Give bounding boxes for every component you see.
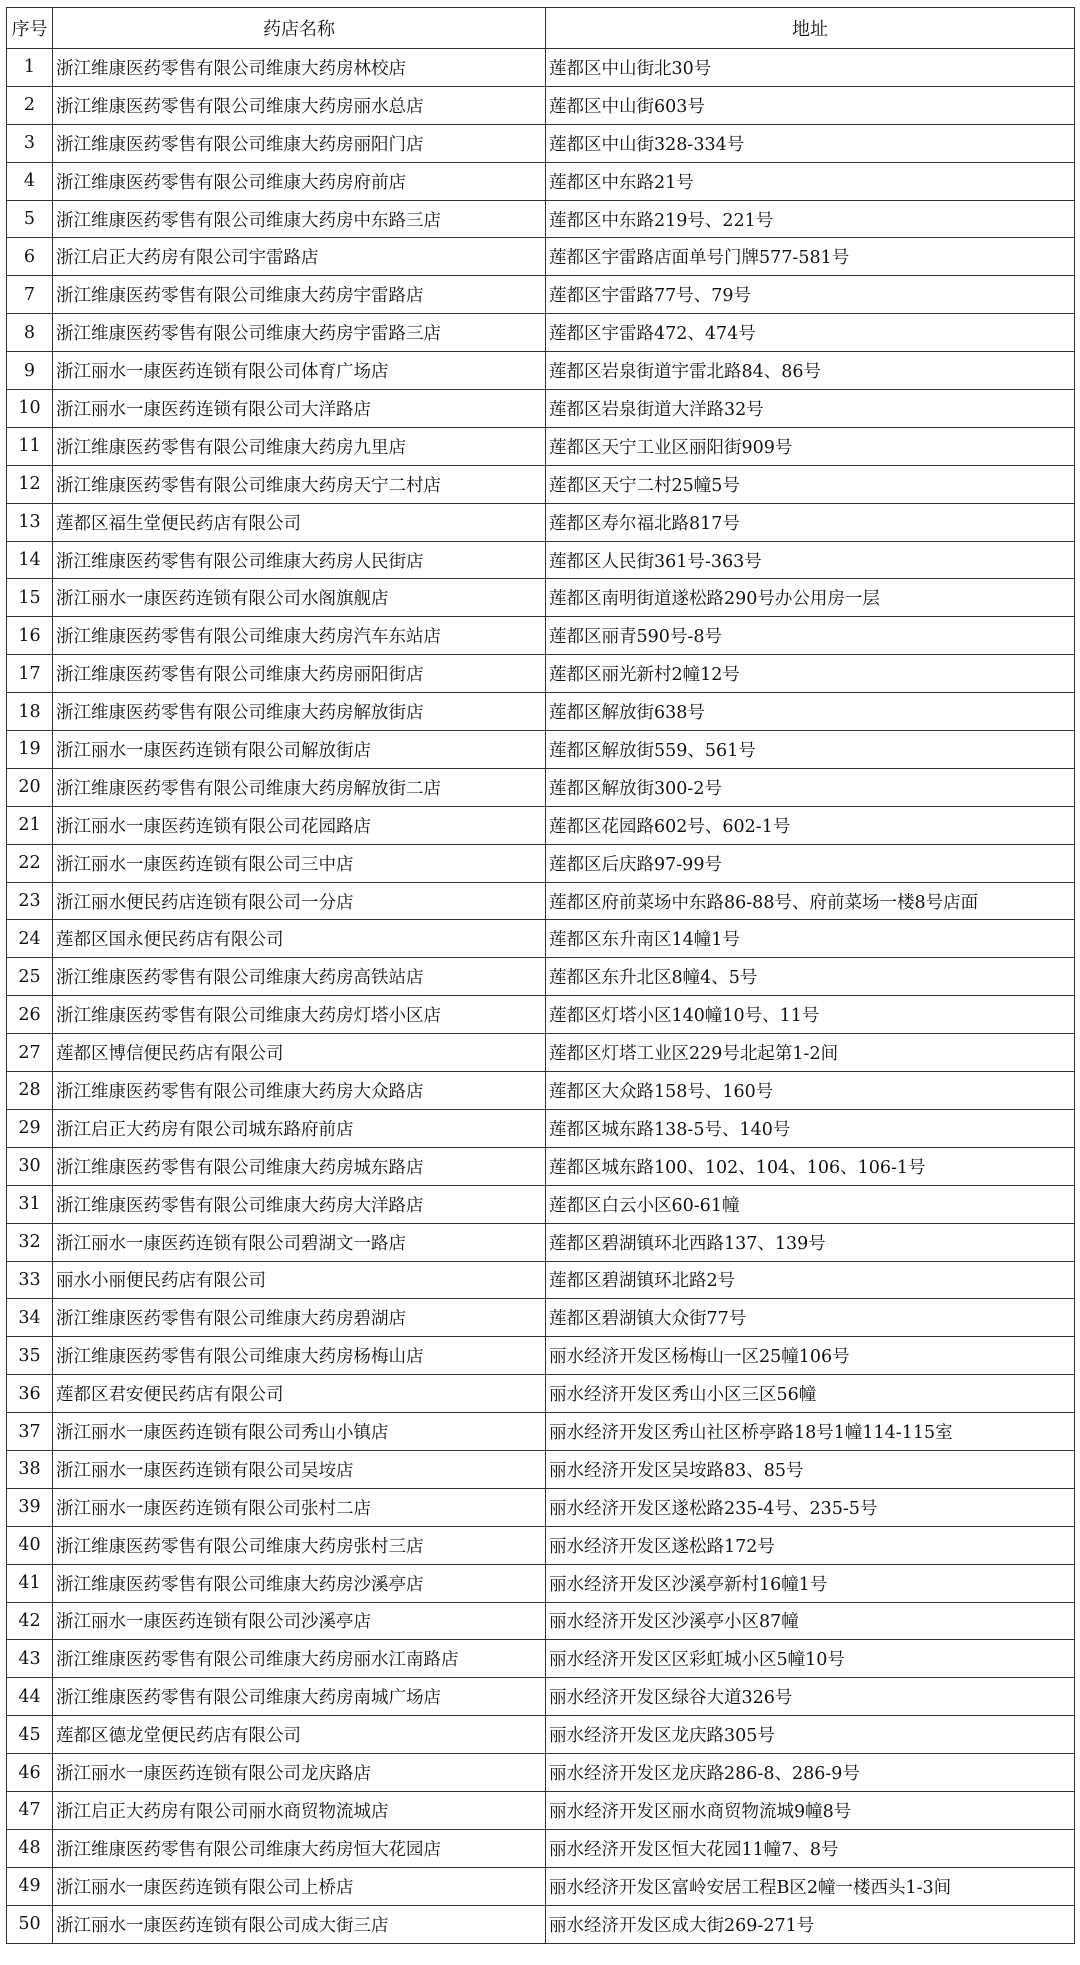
address-cell: 莲都区丽青590号-8号 (546, 617, 1075, 655)
table-row: 7浙江维康医药零售有限公司维康大药房宇雷路店莲都区宇雷路77号、79号 (7, 276, 1075, 314)
address-cell: 莲都区城东路100、102、104、106、106-1号 (546, 1147, 1075, 1185)
serial-number-cell: 4 (7, 162, 53, 200)
serial-number-cell: 12 (7, 465, 53, 503)
pharmacy-name-cell: 浙江丽水一康医药连锁有限公司成大街三店 (53, 1905, 546, 1943)
pharmacy-name-cell: 浙江维康医药零售有限公司维康大药房中东路三店 (53, 200, 546, 238)
serial-number-cell: 22 (7, 844, 53, 882)
address-cell: 莲都区东升北区8幢4、5号 (546, 958, 1075, 996)
pharmacy-name-cell: 浙江丽水一康医药连锁有限公司碧湖文一路店 (53, 1223, 546, 1261)
table-body: 1浙江维康医药零售有限公司维康大药房林校店莲都区中山街北30号2浙江维康医药零售… (7, 49, 1075, 1944)
serial-number-cell: 26 (7, 996, 53, 1034)
address-cell: 丽水经济开发区沙溪亭小区87幢 (546, 1602, 1075, 1640)
serial-number-cell: 48 (7, 1829, 53, 1867)
serial-number-cell: 39 (7, 1488, 53, 1526)
address-cell: 莲都区解放街559、561号 (546, 731, 1075, 769)
table-row: 49浙江丽水一康医药连锁有限公司上桥店丽水经济开发区富岭安居工程B区2幢一楼西头… (7, 1867, 1075, 1905)
serial-number-cell: 36 (7, 1375, 53, 1413)
address-cell: 莲都区岩泉街道大洋路32号 (546, 390, 1075, 428)
table-row: 12浙江维康医药零售有限公司维康大药房天宁二村店莲都区天宁二村25幢5号 (7, 465, 1075, 503)
pharmacy-name-cell: 莲都区君安便民药店有限公司 (53, 1375, 546, 1413)
serial-number-cell: 17 (7, 655, 53, 693)
pharmacy-name-cell: 浙江维康医药零售有限公司维康大药房林校店 (53, 49, 546, 87)
table-row: 40浙江维康医药零售有限公司维康大药房张村三店丽水经济开发区遂松路172号 (7, 1526, 1075, 1564)
table-row: 26浙江维康医药零售有限公司维康大药房灯塔小区店莲都区灯塔小区140幢10号、1… (7, 996, 1075, 1034)
serial-number-cell: 50 (7, 1905, 53, 1943)
pharmacy-name-cell: 浙江维康医药零售有限公司维康大药房丽阳街店 (53, 655, 546, 693)
serial-number-cell: 13 (7, 503, 53, 541)
table-row: 13莲都区福生堂便民药店有限公司莲都区寿尔福北路817号 (7, 503, 1075, 541)
pharmacy-name-cell: 浙江丽水一康医药连锁有限公司大洋路店 (53, 390, 546, 428)
address-cell: 莲都区南明街道遂松路290号办公用房一层 (546, 579, 1075, 617)
serial-number-cell: 41 (7, 1564, 53, 1602)
address-cell: 莲都区宇雷路472、474号 (546, 314, 1075, 352)
pharmacy-name-cell: 浙江维康医药零售有限公司维康大药房九里店 (53, 427, 546, 465)
serial-number-cell: 47 (7, 1791, 53, 1829)
serial-number-cell: 7 (7, 276, 53, 314)
address-cell: 莲都区花园路602号、602-1号 (546, 806, 1075, 844)
serial-number-cell: 32 (7, 1223, 53, 1261)
pharmacy-name-cell: 莲都区福生堂便民药店有限公司 (53, 503, 546, 541)
serial-number-cell: 6 (7, 238, 53, 276)
pharmacy-name-cell: 莲都区国永便民药店有限公司 (53, 920, 546, 958)
table-row: 30浙江维康医药零售有限公司维康大药房城东路店莲都区城东路100、102、104… (7, 1147, 1075, 1185)
table-row: 17浙江维康医药零售有限公司维康大药房丽阳街店莲都区丽光新村2幢12号 (7, 655, 1075, 693)
table-row: 8浙江维康医药零售有限公司维康大药房宇雷路三店莲都区宇雷路472、474号 (7, 314, 1075, 352)
address-cell: 丽水经济开发区遂松路172号 (546, 1526, 1075, 1564)
table-row: 42浙江丽水一康医药连锁有限公司沙溪亭店丽水经济开发区沙溪亭小区87幢 (7, 1602, 1075, 1640)
address-cell: 丽水经济开发区区彩虹城小区5幢10号 (546, 1640, 1075, 1678)
address-cell: 丽水经济开发区成大街269-271号 (546, 1905, 1075, 1943)
address-cell: 莲都区中东路219号、221号 (546, 200, 1075, 238)
table-row: 39浙江丽水一康医药连锁有限公司张村二店丽水经济开发区遂松路235-4号、235… (7, 1488, 1075, 1526)
address-cell: 莲都区寿尔福北路817号 (546, 503, 1075, 541)
serial-number-cell: 40 (7, 1526, 53, 1564)
table-row: 4浙江维康医药零售有限公司维康大药房府前店莲都区中东路21号 (7, 162, 1075, 200)
serial-number-cell: 18 (7, 693, 53, 731)
address-cell: 莲都区灯塔小区140幢10号、11号 (546, 996, 1075, 1034)
address-cell: 莲都区人民街361号-363号 (546, 541, 1075, 579)
serial-number-cell: 29 (7, 1109, 53, 1147)
address-cell: 丽水经济开发区龙庆路305号 (546, 1716, 1075, 1754)
address-cell: 莲都区宇雷路77号、79号 (546, 276, 1075, 314)
pharmacy-name-cell: 浙江丽水便民药店连锁有限公司一分店 (53, 882, 546, 920)
table-row: 19浙江丽水一康医药连锁有限公司解放街店莲都区解放街559、561号 (7, 731, 1075, 769)
serial-number-cell: 30 (7, 1147, 53, 1185)
serial-number-cell: 1 (7, 49, 53, 87)
table-row: 27莲都区博信便民药店有限公司莲都区灯塔工业区229号北起第1-2间 (7, 1034, 1075, 1072)
table-row: 20浙江维康医药零售有限公司维康大药房解放街二店莲都区解放街300-2号 (7, 768, 1075, 806)
table-row: 38浙江丽水一康医药连锁有限公司吴垵店丽水经济开发区吴垵路83、85号 (7, 1450, 1075, 1488)
table-row: 15浙江丽水一康医药连锁有限公司水阁旗舰店莲都区南明街道遂松路290号办公用房一… (7, 579, 1075, 617)
address-cell: 丽水经济开发区吴垵路83、85号 (546, 1450, 1075, 1488)
pharmacy-name-cell: 浙江启正大药房有限公司宇雷路店 (53, 238, 546, 276)
serial-number-cell: 23 (7, 882, 53, 920)
serial-number-cell: 3 (7, 124, 53, 162)
address-cell: 丽水经济开发区恒大花园11幢7、8号 (546, 1829, 1075, 1867)
address-cell: 莲都区大众路158号、160号 (546, 1072, 1075, 1110)
pharmacy-name-cell: 浙江维康医药零售有限公司维康大药房宇雷路店 (53, 276, 546, 314)
address-cell: 丽水经济开发区遂松路235-4号、235-5号 (546, 1488, 1075, 1526)
pharmacy-name-cell: 浙江维康医药零售有限公司维康大药房丽阳门店 (53, 124, 546, 162)
pharmacy-name-cell: 浙江维康医药零售有限公司维康大药房府前店 (53, 162, 546, 200)
table-row: 45莲都区德龙堂便民药店有限公司丽水经济开发区龙庆路305号 (7, 1716, 1075, 1754)
pharmacy-name-cell: 浙江丽水一康医药连锁有限公司解放街店 (53, 731, 546, 769)
serial-number-cell: 25 (7, 958, 53, 996)
pharmacy-name-cell: 浙江丽水一康医药连锁有限公司上桥店 (53, 1867, 546, 1905)
pharmacy-name-cell: 浙江维康医药零售有限公司维康大药房解放街二店 (53, 768, 546, 806)
table-header-row: 序号 药店名称 地址 (7, 8, 1075, 49)
address-cell: 丽水经济开发区秀山社区桥亭路18号1幢114-115室 (546, 1413, 1075, 1451)
address-cell: 丽水经济开发区丽水商贸物流城9幢8号 (546, 1791, 1075, 1829)
address-cell: 莲都区碧湖镇环北西路137、139号 (546, 1223, 1075, 1261)
serial-number-cell: 35 (7, 1337, 53, 1375)
address-cell: 莲都区岩泉街道宇雷北路84、86号 (546, 352, 1075, 390)
pharmacy-name-cell: 浙江丽水一康医药连锁有限公司三中店 (53, 844, 546, 882)
table-row: 46浙江丽水一康医药连锁有限公司龙庆路店丽水经济开发区龙庆路286-8、286-… (7, 1754, 1075, 1792)
pharmacy-table-container: 序号 药店名称 地址 1浙江维康医药零售有限公司维康大药房林校店莲都区中山街北3… (6, 7, 1074, 1944)
pharmacy-name-cell: 浙江丽水一康医药连锁有限公司秀山小镇店 (53, 1413, 546, 1451)
table-row: 10浙江丽水一康医药连锁有限公司大洋路店莲都区岩泉街道大洋路32号 (7, 390, 1075, 428)
pharmacy-name-cell: 浙江维康医药零售有限公司维康大药房丽水江南路店 (53, 1640, 546, 1678)
pharmacy-name-cell: 浙江维康医药零售有限公司维康大药房丽水总店 (53, 86, 546, 124)
serial-number-cell: 9 (7, 352, 53, 390)
address-cell: 莲都区后庆路97-99号 (546, 844, 1075, 882)
serial-number-cell: 19 (7, 731, 53, 769)
serial-number-cell: 37 (7, 1413, 53, 1451)
pharmacy-name-cell: 浙江维康医药零售有限公司维康大药房城东路店 (53, 1147, 546, 1185)
table-row: 2浙江维康医药零售有限公司维康大药房丽水总店莲都区中山街603号 (7, 86, 1075, 124)
serial-number-cell: 42 (7, 1602, 53, 1640)
pharmacy-name-cell: 浙江维康医药零售有限公司维康大药房灯塔小区店 (53, 996, 546, 1034)
table-row: 23浙江丽水便民药店连锁有限公司一分店莲都区府前菜场中东路86-88号、府前菜场… (7, 882, 1075, 920)
serial-number-cell: 10 (7, 390, 53, 428)
address-cell: 莲都区中东路21号 (546, 162, 1075, 200)
address-cell: 莲都区天宁二村25幢5号 (546, 465, 1075, 503)
pharmacy-name-cell: 浙江维康医药零售有限公司维康大药房沙溪亭店 (53, 1564, 546, 1602)
table-row: 43浙江维康医药零售有限公司维康大药房丽水江南路店丽水经济开发区区彩虹城小区5幢… (7, 1640, 1075, 1678)
table-row: 37浙江丽水一康医药连锁有限公司秀山小镇店丽水经济开发区秀山社区桥亭路18号1幢… (7, 1413, 1075, 1451)
serial-number-cell: 24 (7, 920, 53, 958)
table-row: 29浙江启正大药房有限公司城东路府前店莲都区城东路138-5号、140号 (7, 1109, 1075, 1147)
address-cell: 莲都区丽光新村2幢12号 (546, 655, 1075, 693)
address-cell: 丽水经济开发区秀山小区三区56幢 (546, 1375, 1075, 1413)
table-row: 44浙江维康医药零售有限公司维康大药房南城广场店丽水经济开发区绿谷大道326号 (7, 1678, 1075, 1716)
pharmacy-name-cell: 浙江启正大药房有限公司城东路府前店 (53, 1109, 546, 1147)
table-row: 35浙江维康医药零售有限公司维康大药房杨梅山店丽水经济开发区杨梅山一区25幢10… (7, 1337, 1075, 1375)
address-cell: 莲都区府前菜场中东路86-88号、府前菜场一楼8号店面 (546, 882, 1075, 920)
table-row: 9浙江丽水一康医药连锁有限公司体育广场店莲都区岩泉街道宇雷北路84、86号 (7, 352, 1075, 390)
address-cell: 莲都区宇雷路店面单号门牌577-581号 (546, 238, 1075, 276)
serial-number-cell: 34 (7, 1299, 53, 1337)
table-row: 24莲都区国永便民药店有限公司莲都区东升南区14幢1号 (7, 920, 1075, 958)
address-cell: 莲都区天宁工业区丽阳街909号 (546, 427, 1075, 465)
table-row: 50浙江丽水一康医药连锁有限公司成大街三店丽水经济开发区成大街269-271号 (7, 1905, 1075, 1943)
address-cell: 莲都区解放街300-2号 (546, 768, 1075, 806)
address-cell: 莲都区东升南区14幢1号 (546, 920, 1075, 958)
table-row: 36莲都区君安便民药店有限公司丽水经济开发区秀山小区三区56幢 (7, 1375, 1075, 1413)
table-row: 28浙江维康医药零售有限公司维康大药房大众路店莲都区大众路158号、160号 (7, 1072, 1075, 1110)
table-row: 48浙江维康医药零售有限公司维康大药房恒大花园店丽水经济开发区恒大花园11幢7、… (7, 1829, 1075, 1867)
pharmacy-name-cell: 浙江维康医药零售有限公司维康大药房汽车东站店 (53, 617, 546, 655)
table-row: 11浙江维康医药零售有限公司维康大药房九里店莲都区天宁工业区丽阳街909号 (7, 427, 1075, 465)
pharmacy-name-cell: 浙江维康医药零售有限公司维康大药房恒大花园店 (53, 1829, 546, 1867)
serial-number-cell: 14 (7, 541, 53, 579)
serial-number-cell: 43 (7, 1640, 53, 1678)
address-cell: 莲都区灯塔工业区229号北起第1-2间 (546, 1034, 1075, 1072)
address-cell: 莲都区解放街638号 (546, 693, 1075, 731)
serial-number-cell: 11 (7, 427, 53, 465)
pharmacy-name-cell: 莲都区博信便民药店有限公司 (53, 1034, 546, 1072)
address-cell: 莲都区白云小区60-61幢 (546, 1185, 1075, 1223)
table-row: 47浙江启正大药房有限公司丽水商贸物流城店丽水经济开发区丽水商贸物流城9幢8号 (7, 1791, 1075, 1829)
serial-number-cell: 5 (7, 200, 53, 238)
table-row: 14浙江维康医药零售有限公司维康大药房人民街店莲都区人民街361号-363号 (7, 541, 1075, 579)
address-cell: 丽水经济开发区绿谷大道326号 (546, 1678, 1075, 1716)
pharmacy-name-cell: 浙江维康医药零售有限公司维康大药房杨梅山店 (53, 1337, 546, 1375)
pharmacy-name-cell: 浙江维康医药零售有限公司维康大药房高铁站店 (53, 958, 546, 996)
address-cell: 莲都区中山街328-334号 (546, 124, 1075, 162)
address-cell: 丽水经济开发区沙溪亭新村16幢1号 (546, 1564, 1075, 1602)
address-cell: 莲都区碧湖镇环北路2号 (546, 1261, 1075, 1299)
serial-number-cell: 49 (7, 1867, 53, 1905)
pharmacy-name-cell: 浙江维康医药零售有限公司维康大药房人民街店 (53, 541, 546, 579)
table-row: 6浙江启正大药房有限公司宇雷路店莲都区宇雷路店面单号门牌577-581号 (7, 238, 1075, 276)
pharmacy-name-cell: 浙江丽水一康医药连锁有限公司水阁旗舰店 (53, 579, 546, 617)
table-row: 41浙江维康医药零售有限公司维康大药房沙溪亭店丽水经济开发区沙溪亭新村16幢1号 (7, 1564, 1075, 1602)
address-cell: 莲都区中山街北30号 (546, 49, 1075, 87)
serial-number-cell: 20 (7, 768, 53, 806)
table-row: 21浙江丽水一康医药连锁有限公司花园路店莲都区花园路602号、602-1号 (7, 806, 1075, 844)
table-row: 25浙江维康医药零售有限公司维康大药房高铁站店莲都区东升北区8幢4、5号 (7, 958, 1075, 996)
pharmacy-name-cell: 浙江启正大药房有限公司丽水商贸物流城店 (53, 1791, 546, 1829)
address-cell: 莲都区碧湖镇大众街77号 (546, 1299, 1075, 1337)
table-row: 34浙江维康医药零售有限公司维康大药房碧湖店莲都区碧湖镇大众街77号 (7, 1299, 1075, 1337)
pharmacy-name-cell: 浙江维康医药零售有限公司维康大药房宇雷路三店 (53, 314, 546, 352)
pharmacy-table: 序号 药店名称 地址 1浙江维康医药零售有限公司维康大药房林校店莲都区中山街北3… (6, 7, 1075, 1944)
pharmacy-name-cell: 浙江丽水一康医药连锁有限公司吴垵店 (53, 1450, 546, 1488)
serial-number-cell: 38 (7, 1450, 53, 1488)
pharmacy-name-cell: 莲都区德龙堂便民药店有限公司 (53, 1716, 546, 1754)
serial-number-cell: 16 (7, 617, 53, 655)
table-row: 5浙江维康医药零售有限公司维康大药房中东路三店莲都区中东路219号、221号 (7, 200, 1075, 238)
table-row: 16浙江维康医药零售有限公司维康大药房汽车东站店莲都区丽青590号-8号 (7, 617, 1075, 655)
address-cell: 莲都区城东路138-5号、140号 (546, 1109, 1075, 1147)
table-row: 22浙江丽水一康医药连锁有限公司三中店莲都区后庆路97-99号 (7, 844, 1075, 882)
pharmacy-name-cell: 浙江维康医药零售有限公司维康大药房大众路店 (53, 1072, 546, 1110)
pharmacy-name-cell: 丽水小丽便民药店有限公司 (53, 1261, 546, 1299)
pharmacy-name-cell: 浙江丽水一康医药连锁有限公司沙溪亭店 (53, 1602, 546, 1640)
table-row: 31浙江维康医药零售有限公司维康大药房大洋路店莲都区白云小区60-61幢 (7, 1185, 1075, 1223)
serial-number-cell: 21 (7, 806, 53, 844)
pharmacy-name-cell: 浙江维康医药零售有限公司维康大药房天宁二村店 (53, 465, 546, 503)
address-cell: 丽水经济开发区富岭安居工程B区2幢一楼西头1-3间 (546, 1867, 1075, 1905)
serial-number-cell: 27 (7, 1034, 53, 1072)
serial-number-cell: 33 (7, 1261, 53, 1299)
table-row: 18浙江维康医药零售有限公司维康大药房解放街店莲都区解放街638号 (7, 693, 1075, 731)
address-cell: 丽水经济开发区龙庆路286-8、286-9号 (546, 1754, 1075, 1792)
table-row: 3浙江维康医药零售有限公司维康大药房丽阳门店莲都区中山街328-334号 (7, 124, 1075, 162)
serial-number-cell: 44 (7, 1678, 53, 1716)
serial-number-cell: 46 (7, 1754, 53, 1792)
pharmacy-name-cell: 浙江丽水一康医药连锁有限公司龙庆路店 (53, 1754, 546, 1792)
table-row: 33丽水小丽便民药店有限公司莲都区碧湖镇环北路2号 (7, 1261, 1075, 1299)
serial-number-cell: 15 (7, 579, 53, 617)
pharmacy-name-cell: 浙江丽水一康医药连锁有限公司体育广场店 (53, 352, 546, 390)
address-cell: 莲都区中山街603号 (546, 86, 1075, 124)
pharmacy-name-cell: 浙江丽水一康医药连锁有限公司花园路店 (53, 806, 546, 844)
pharmacy-name-cell: 浙江维康医药零售有限公司维康大药房南城广场店 (53, 1678, 546, 1716)
serial-number-cell: 45 (7, 1716, 53, 1754)
pharmacy-name-cell: 浙江维康医药零售有限公司维康大药房张村三店 (53, 1526, 546, 1564)
pharmacy-name-cell: 浙江维康医药零售有限公司维康大药房大洋路店 (53, 1185, 546, 1223)
table-row: 32浙江丽水一康医药连锁有限公司碧湖文一路店莲都区碧湖镇环北西路137、139号 (7, 1223, 1075, 1261)
pharmacy-name-cell: 浙江维康医药零售有限公司维康大药房解放街店 (53, 693, 546, 731)
serial-number-cell: 2 (7, 86, 53, 124)
address-cell: 丽水经济开发区杨梅山一区25幢106号 (546, 1337, 1075, 1375)
serial-number-cell: 8 (7, 314, 53, 352)
header-address: 地址 (546, 8, 1075, 49)
serial-number-cell: 31 (7, 1185, 53, 1223)
header-pharmacy-name: 药店名称 (53, 8, 546, 49)
pharmacy-name-cell: 浙江丽水一康医药连锁有限公司张村二店 (53, 1488, 546, 1526)
serial-number-cell: 28 (7, 1072, 53, 1110)
table-row: 1浙江维康医药零售有限公司维康大药房林校店莲都区中山街北30号 (7, 49, 1075, 87)
pharmacy-name-cell: 浙江维康医药零售有限公司维康大药房碧湖店 (53, 1299, 546, 1337)
header-serial-number: 序号 (7, 8, 53, 49)
